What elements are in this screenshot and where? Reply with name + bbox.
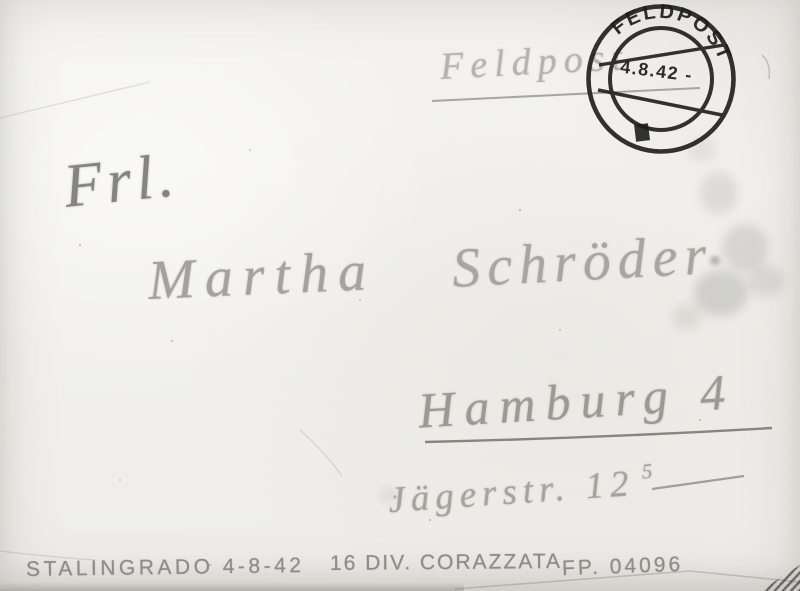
feldpost-underline — [432, 88, 700, 101]
corner-pencil-hatch — [753, 558, 800, 591]
envelope-scan: Feldpost Frl. Martha Schröder Hamburg 4 … — [0, 0, 800, 591]
postmark-outer-ring — [589, 7, 734, 152]
crease-line — [762, 55, 769, 79]
caption-division-unit: 16 DIV. CORAZZATA — [330, 550, 562, 576]
stain-dot — [380, 488, 398, 502]
crease-line — [0, 551, 95, 560]
pencil-marks — [0, 0, 800, 591]
stain-blob — [672, 304, 702, 330]
postmark-ring-label: FELDPOST — [607, 1, 736, 65]
stain-blob — [688, 138, 716, 162]
postmark-band-bottom-line — [598, 90, 722, 115]
street-floor-overline — [652, 476, 744, 489]
caption-fieldpost-number: FP. 04096 — [562, 553, 684, 581]
handwritten-recipient-first-name: Martha — [147, 239, 378, 313]
postmark-date: 4.8.42 - — [619, 57, 694, 86]
caption-origin-date: STALINGRADO 4-8-42 — [26, 554, 305, 582]
feldpost-postmark-stamp: FELDPOST 4.8.42 - — [574, 0, 750, 160]
paper-specks — [79, 149, 701, 566]
city-underline — [425, 428, 772, 442]
handwritten-salutation: Frl. — [61, 140, 183, 223]
street-text: Jägerstr. 12 — [387, 463, 636, 521]
crease-line — [455, 571, 800, 589]
bottom-edge-shadow — [0, 582, 464, 591]
crease-line — [0, 82, 150, 118]
stain-blob — [700, 172, 738, 214]
scratch-line — [300, 430, 342, 476]
handwritten-street-line: Jägerstr. 125 — [387, 459, 655, 522]
stain-blob — [694, 270, 748, 316]
stain-blob — [748, 266, 784, 296]
handwritten-city-line: Hamburg 4 — [417, 362, 737, 439]
handwritten-feldpost-note: Feldpost — [439, 35, 630, 89]
postmark-bottom-block — [634, 123, 650, 142]
postmark-inner-ring — [610, 28, 712, 130]
stain-blob — [722, 224, 768, 272]
postmark-band-top-line — [599, 45, 724, 65]
postmark-ring-text: FELDPOST — [607, 1, 736, 65]
stain-dot — [710, 256, 720, 265]
street-floor-mark: 5 — [641, 459, 653, 484]
handwritten-recipient-last-name: Schröder — [451, 223, 715, 301]
